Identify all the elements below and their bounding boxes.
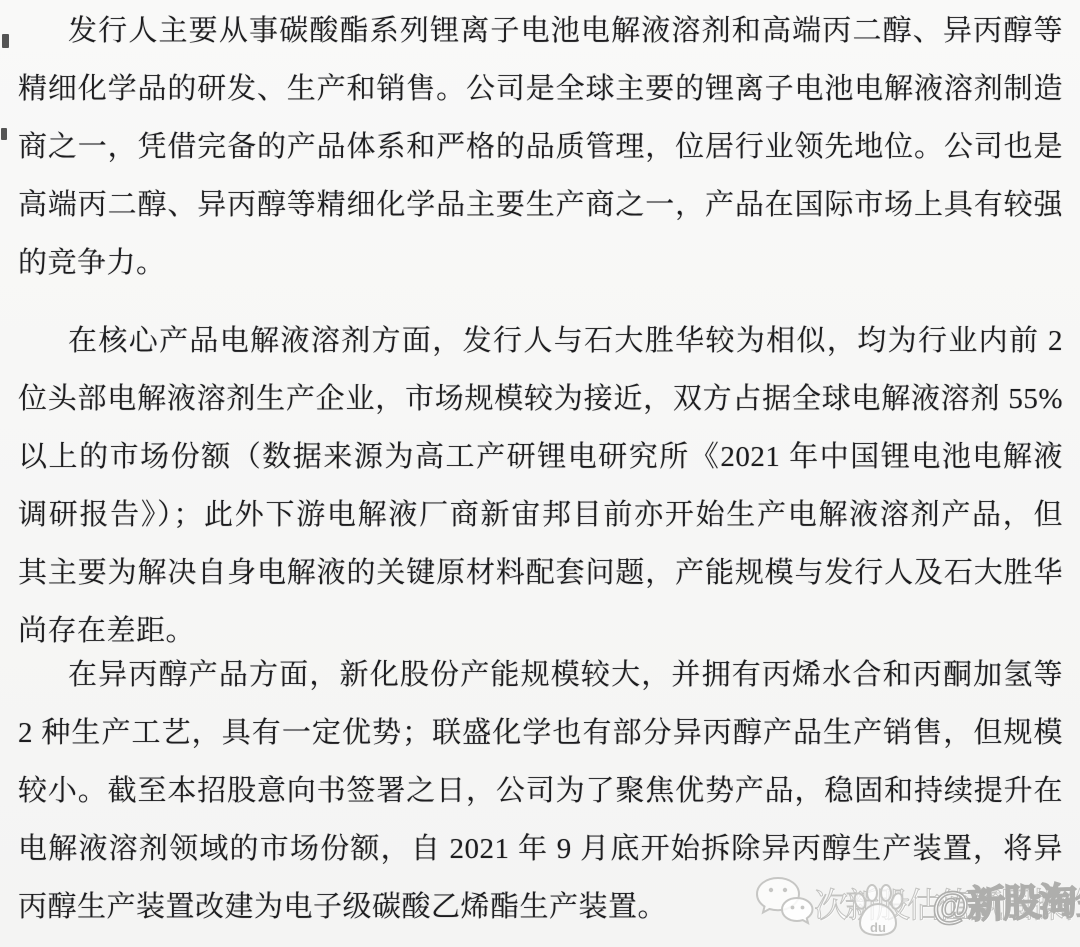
text-line: 较小。截至本招股意向书签署之日，公司为了聚焦优势产品，稳固和持续提升在: [18, 762, 1063, 820]
text-line: 在核心产品电解液溶剂方面，发行人与石大胜华较为相似，均为行业内前 2: [18, 312, 1063, 370]
text-line: 精细化学品的研发、生产和销售。公司是全球主要的锂离子电池电解液溶剂制造: [18, 60, 1063, 118]
text-line: 2 种生产工艺，具有一定优势；联盛化学也有部分异丙醇产品生产销售，但规模: [18, 704, 1063, 762]
document-text-block: 发行人主要从事碳酸酯系列锂离子电池电解液溶剂和高端丙二醇、异丙醇等 精细化学品的…: [18, 2, 1063, 936]
text-line: 丙醇生产装置改建为电子级碳酸乙烯酯生产装置。: [18, 878, 1063, 936]
text-line: 电解液溶剂领域的市场份额，自 2021 年 9 月底开始拆除异丙醇生产装置，将异: [18, 820, 1063, 878]
text-line: 其主要为解决自身电解液的关键原材料配套问题，产能规模与发行人及石大胜华: [18, 544, 1063, 602]
text-line: 高端丙二醇、异丙醇等精细化学品主要生产商之一，产品在国际市场上具有较强: [18, 176, 1063, 234]
paragraph-business-overview: 发行人主要从事碳酸酯系列锂离子电池电解液溶剂和高端丙二醇、异丙醇等 精细化学品的…: [18, 2, 1063, 292]
text-line: 发行人主要从事碳酸酯系列锂离子电池电解液溶剂和高端丙二醇、异丙醇等: [18, 2, 1063, 60]
text-line: 在异丙醇产品方面，新化股份产能规模较大，并拥有丙烯水合和丙酮加氢等: [18, 646, 1063, 704]
text-line: 的竞争力。: [18, 234, 1063, 292]
scan-artifact: [1, 128, 7, 140]
document-page: 发行人主要从事碳酸酯系列锂离子电池电解液溶剂和高端丙二醇、异丙醇等 精细化学品的…: [0, 0, 1080, 947]
text-line: 商之一，凭借完备的产品体系和严格的品质管理，位居行业领先地位。公司也是: [18, 118, 1063, 176]
scan-artifact: [2, 34, 9, 48]
text-line: 位头部电解液溶剂生产企业，市场规模较为接近，双方占据全球电解液溶剂 55%: [18, 370, 1063, 428]
paragraph-electrolyte-solvent: 在核心产品电解液溶剂方面，发行人与石大胜华较为相似，均为行业内前 2 位头部电解…: [18, 312, 1063, 660]
text-line: 以上的市场份额（数据来源为高工产研锂电研究所《2021 年中国锂电池电解液: [18, 428, 1063, 486]
text-line: 调研报告》）；此外下游电解液厂商新宙邦目前亦开始生产电解液溶剂产品，但: [18, 486, 1063, 544]
paragraph-isopropanol: 在异丙醇产品方面，新化股份产能规模较大，并拥有丙烯水合和丙酮加氢等 2 种生产工…: [18, 646, 1063, 936]
